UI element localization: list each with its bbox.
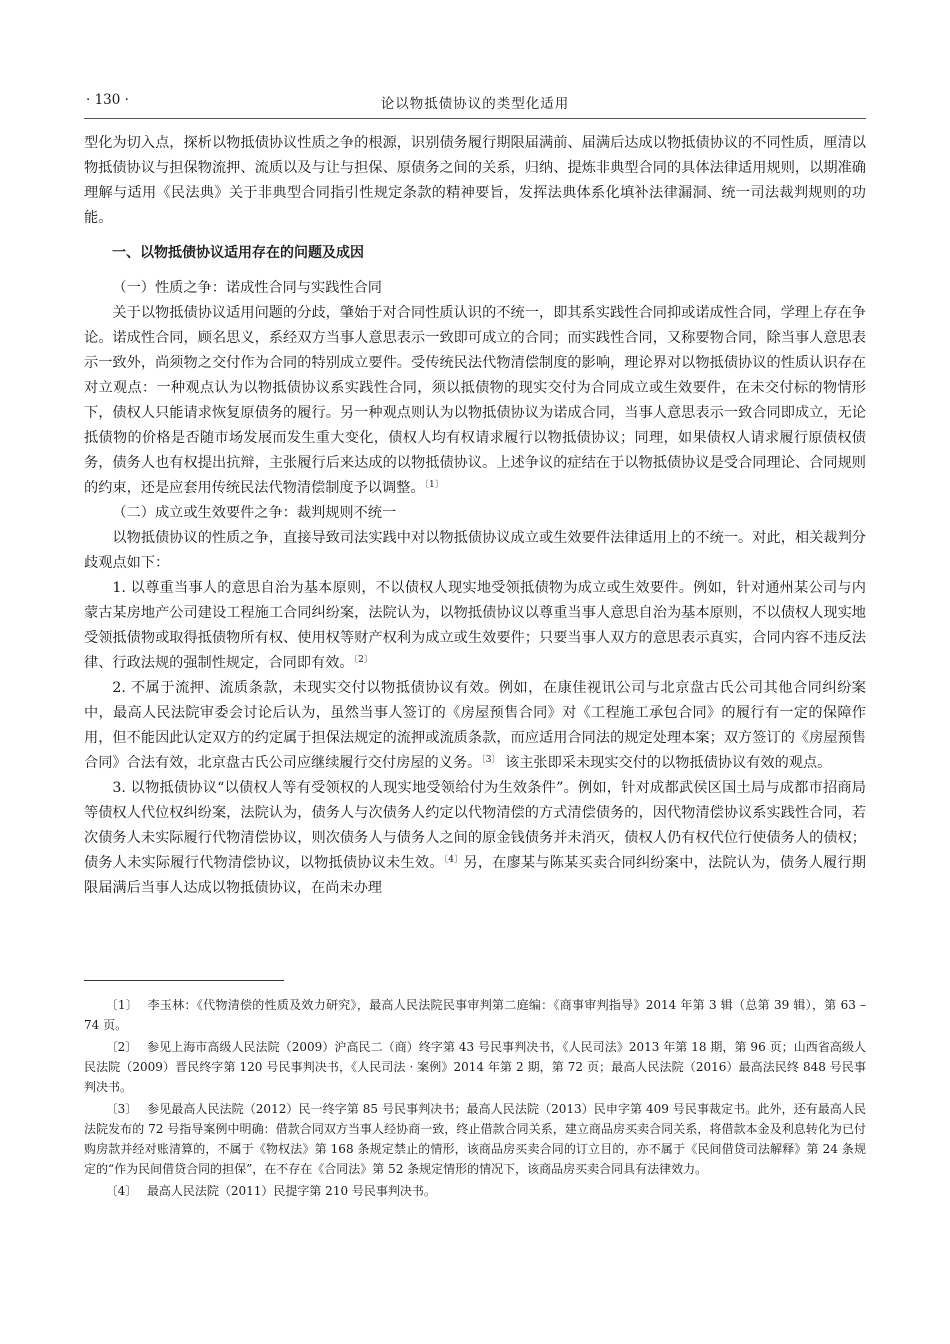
- footnotes: 〔1〕李玉林：《代物清偿的性质及效力研究》，最高人民法院民事审判第二庭编：《商事…: [84, 995, 866, 1203]
- footnote-mark: 〔4〕: [106, 1184, 138, 1198]
- paragraph-text: 该主张即采未现实交付的以物抵债协议有效的观点。: [501, 755, 832, 771]
- section-heading: 一、以物抵债协议适用存在的问题及成因: [84, 241, 866, 266]
- footnote-text: 参见上海市高级人民法院（2009）沪高民二（商）终字第 43 号民事判决书，《人…: [84, 1040, 866, 1094]
- running-header: · 130 · 论以物抵债协议的类型化适用: [84, 92, 866, 114]
- paragraph: 1. 以尊重当事人的意思自治为基本原则，不以债权人现实地受领抵债物为成立或生效要…: [84, 576, 866, 676]
- footnote-mark: 〔3〕: [106, 1102, 138, 1116]
- footnote-ref[interactable]: 〔3〕: [481, 755, 500, 765]
- footnote-ref[interactable]: 〔1〕: [425, 480, 444, 490]
- footnote-mark: 〔1〕: [106, 998, 139, 1012]
- footnote-text: 李玉林：《代物清偿的性质及效力研究》，最高人民法院民事审判第二庭编：《商事审判指…: [84, 998, 866, 1032]
- paragraph-text: 关于以物抵债协议适用问题的分歧，肇始于对合同性质认识的不统一，即其系实践性合同抑…: [84, 305, 866, 496]
- paragraph-text: 1. 以尊重当事人的意思自治为基本原则，不以债权人现实地受领抵债物为成立或生效要…: [84, 580, 866, 671]
- paragraph: 以物抵债协议的性质之争，直接导致司法实践中对以物抵债协议成立或生效要件法律适用上…: [84, 526, 866, 576]
- paragraph: 3. 以物抵债协议“以债权人等有受领权的人现实地受领给付为生效条件”。例如，针对…: [84, 776, 866, 901]
- running-title: 论以物抵债协议的类型化适用: [84, 92, 866, 112]
- footnote-text: 参见最高人民法院（2012）民一终字第 85 号民事判决书；最高人民法院（201…: [84, 1102, 866, 1176]
- header-rule: [84, 118, 866, 119]
- subsection-heading: （二）成立或生效要件之争：裁判规则不统一: [84, 501, 866, 526]
- footnote: 〔4〕最高人民法院（2011）民提字第 210 号民事判决书。: [84, 1181, 866, 1201]
- intro-paragraph: 型化为切入点，探析以物抵债协议性质之争的根源，识别债务履行期限届满前、届满后达成…: [84, 131, 866, 231]
- footnote-rule: [84, 980, 284, 981]
- paragraph: 关于以物抵债协议适用问题的分歧，肇始于对合同性质认识的不统一，即其系实践性合同抑…: [84, 301, 866, 501]
- footnote: 〔1〕李玉林：《代物清偿的性质及效力研究》，最高人民法院民事审判第二庭编：《商事…: [84, 995, 866, 1035]
- footnote: 〔2〕参见上海市高级人民法院（2009）沪高民二（商）终字第 43 号民事判决书…: [84, 1037, 866, 1097]
- subsection-heading: （一）性质之争：诺成性合同与实践性合同: [84, 276, 866, 301]
- footnote: 〔3〕参见最高人民法院（2012）民一终字第 85 号民事判决书；最高人民法院（…: [84, 1099, 866, 1179]
- footnote-mark: 〔2〕: [106, 1040, 138, 1054]
- footnote-text: 最高人民法院（2011）民提字第 210 号民事判决书。: [147, 1184, 436, 1198]
- footnote-ref[interactable]: 〔4〕: [444, 855, 464, 865]
- footnote-ref[interactable]: 〔2〕: [354, 655, 373, 665]
- article-body: 型化为切入点，探析以物抵债协议性质之争的根源，识别债务履行期限届满前、届满后达成…: [84, 131, 866, 901]
- paragraph: 2. 不属于流押、流质条款，未现实交付以物抵债协议有效。例如，在康佳视讯公司与北…: [84, 676, 866, 776]
